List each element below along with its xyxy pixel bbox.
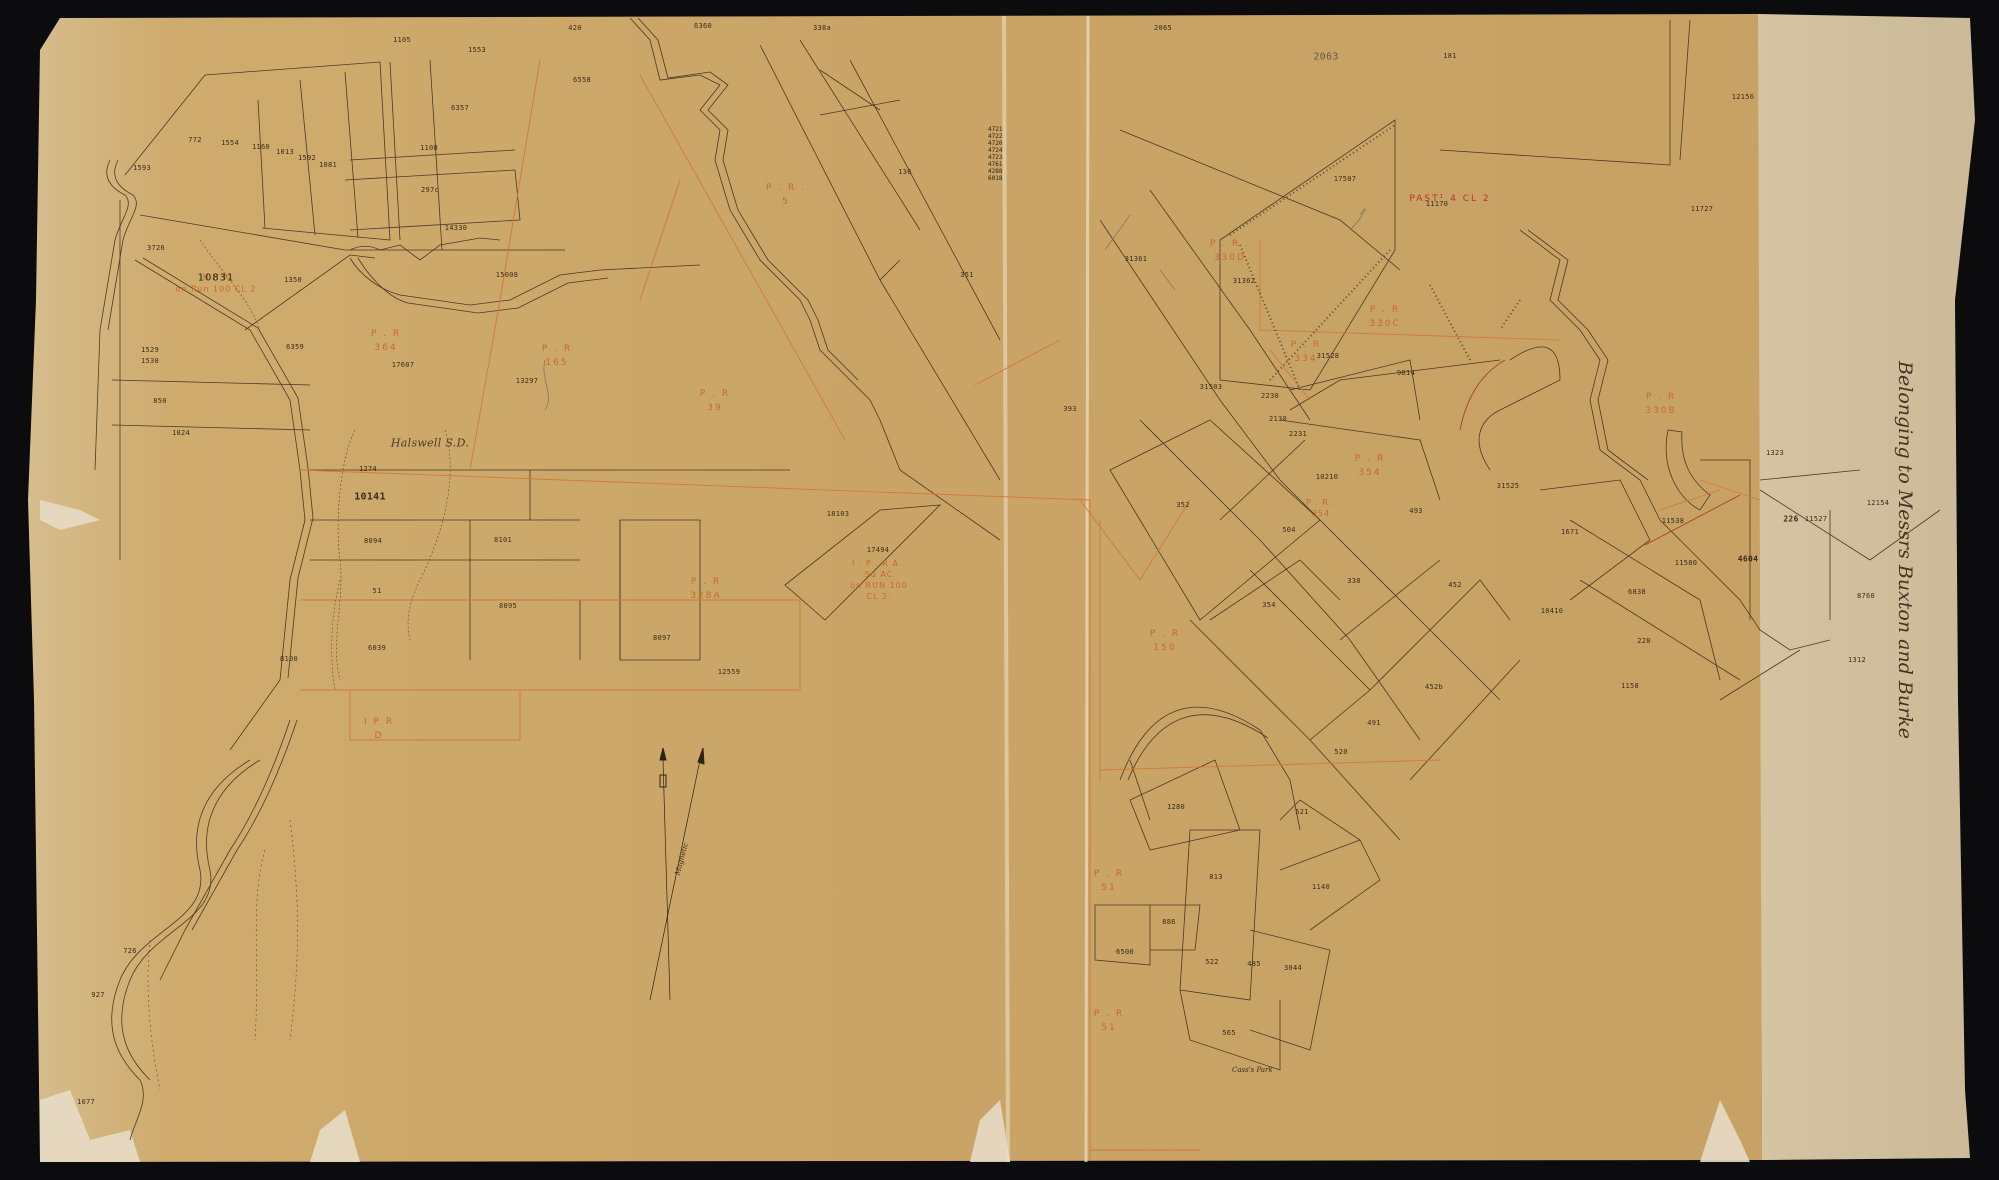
paper-strip bbox=[1758, 14, 1975, 1160]
lot-label: 17494 bbox=[867, 546, 890, 554]
lot-label: 338a bbox=[813, 24, 831, 32]
lot-label: 11527 bbox=[1805, 515, 1828, 523]
lot-label: 6838 bbox=[1628, 588, 1646, 596]
reserve-label: P . R328A bbox=[690, 575, 721, 603]
lot-label: 13297 bbox=[516, 377, 539, 385]
lot-label: 18103 bbox=[827, 510, 850, 518]
lot-label: 1013 bbox=[276, 148, 294, 156]
lot-label: 927 bbox=[91, 991, 105, 999]
lot-label: 1593 bbox=[133, 164, 151, 172]
lot-label: 1108 bbox=[420, 144, 438, 152]
lot-label: 2130 bbox=[1269, 415, 1287, 423]
lot-label: 1024 bbox=[172, 429, 190, 437]
lot-label: 8095 bbox=[499, 602, 517, 610]
lot-label: 352 bbox=[1176, 501, 1190, 509]
lot-label: 6360 bbox=[694, 22, 712, 30]
lot-label: 9814 bbox=[1397, 369, 1415, 377]
lot-label: 1081 bbox=[319, 161, 337, 169]
lot-label: 1160 bbox=[252, 143, 270, 151]
lot-label: 485 bbox=[1247, 960, 1261, 968]
lot-label: 491 bbox=[1367, 719, 1381, 727]
lot-label: 1323 bbox=[1766, 449, 1784, 457]
lot-label: 17507 bbox=[1334, 175, 1357, 183]
lot-label: 2065 bbox=[1154, 24, 1172, 32]
lot-label: 886 bbox=[1162, 918, 1176, 926]
lot-label: 8100 bbox=[280, 655, 298, 663]
place-label-halswell: Halswell S.D. bbox=[391, 437, 469, 450]
lot-label: 6039 bbox=[368, 644, 386, 652]
lot-label: 1554 bbox=[221, 139, 239, 147]
lot-label: 850 bbox=[153, 397, 167, 405]
lot-label: 1158 bbox=[1621, 682, 1639, 690]
lot-label: 2230 bbox=[1261, 392, 1279, 400]
lot-label: 1671 bbox=[1561, 528, 1579, 536]
lot-label: 11538 bbox=[1662, 517, 1685, 525]
lot-label: 772 bbox=[188, 136, 202, 144]
reserve-label: P . R51 bbox=[1094, 1007, 1124, 1035]
lot-label: 228 bbox=[1637, 637, 1651, 645]
lot-label: 351 bbox=[960, 271, 974, 279]
reserve-label: P . R165 bbox=[542, 342, 572, 370]
lot-label: 420 bbox=[568, 24, 582, 32]
reserve-label: P . R330C bbox=[1369, 303, 1400, 331]
lot-label: 354 bbox=[1262, 601, 1276, 609]
lot-label: 1105 bbox=[393, 36, 411, 44]
lot-label: 297c bbox=[421, 186, 439, 194]
lot-label: 1077 bbox=[77, 1098, 95, 1106]
reserve-label: P . R354 bbox=[1355, 452, 1385, 480]
lot-label: 226 bbox=[1783, 515, 1798, 524]
lot-label: 12156 bbox=[1732, 93, 1755, 101]
lot-label: 6357 bbox=[451, 104, 469, 112]
reserve-label: P . R150 bbox=[1150, 627, 1180, 655]
lot-label: 6500 bbox=[1116, 948, 1134, 956]
lot-label: 6359 bbox=[286, 343, 304, 351]
lot-label: 136 bbox=[898, 168, 912, 176]
lot-label: 452 bbox=[1448, 581, 1462, 589]
lot-label: 504 bbox=[1282, 526, 1296, 534]
reserve-label: P . R39 bbox=[700, 387, 730, 415]
reserve-label: P . R51 bbox=[1094, 867, 1124, 895]
lot-label: 8097 bbox=[653, 634, 671, 642]
lot-label: 1530 bbox=[141, 357, 159, 365]
lot-label: 8094 bbox=[364, 537, 382, 545]
lot-label: 181 bbox=[1443, 52, 1457, 60]
lot-label: 493 bbox=[1409, 507, 1423, 515]
lot-label: 1529 bbox=[141, 346, 159, 354]
lot-label: 520 bbox=[1334, 748, 1348, 756]
lot-label: 31362 bbox=[1233, 277, 1256, 285]
lot-label: 1274 bbox=[359, 465, 377, 473]
lot-label: 2231 bbox=[1289, 430, 1307, 438]
lot-label: 11580 bbox=[1675, 559, 1698, 567]
reserve-label: P . R364 bbox=[371, 327, 401, 355]
reserve-label: I . P . R A .50 ACon RUN 100CL 2. bbox=[850, 558, 908, 602]
lot-label: 10210 bbox=[1316, 473, 1339, 481]
lot-label: 565 bbox=[1222, 1029, 1236, 1037]
lot-label: 31503 bbox=[1200, 383, 1223, 391]
lot-label: 522 bbox=[1205, 958, 1219, 966]
lot-label: 1140 bbox=[1312, 883, 1330, 891]
lot-label: 1312 bbox=[1848, 656, 1866, 664]
lot-label: 12559 bbox=[718, 668, 741, 676]
reserve-label: P . R334 bbox=[1291, 338, 1321, 366]
lot-label: 1592 bbox=[298, 154, 316, 162]
lot-label: 1553 bbox=[468, 46, 486, 54]
lot-label: 17607 bbox=[392, 361, 415, 369]
reserve-label: H P R10831on Run 100 CL 2 bbox=[176, 272, 257, 295]
lot-label: 726 bbox=[123, 947, 137, 955]
lot-label: 3726 bbox=[147, 244, 165, 252]
lot-label: 4604 bbox=[1738, 555, 1758, 564]
lot-label: 10410 bbox=[1541, 607, 1564, 615]
lot-label: 1280 bbox=[1167, 803, 1185, 811]
lot-label: 3044 bbox=[1284, 964, 1302, 972]
reserve-label: P . R .354 bbox=[1306, 497, 1336, 519]
lot-label: 10141 bbox=[354, 492, 386, 503]
lot-label: 452b bbox=[1425, 683, 1443, 691]
place-label-cass-park: Cass's Park bbox=[1232, 1066, 1273, 1074]
lot-label: 15008 bbox=[496, 271, 519, 279]
reserve-label: I P RD bbox=[364, 715, 394, 743]
stacked-lot-list: 4721 4722 4720 4724 4723 4761 4288 6018 bbox=[988, 126, 1002, 182]
reserve-label: PAST¹ 4 CL 2 bbox=[1409, 192, 1490, 206]
lot-label: 51 bbox=[372, 587, 381, 595]
lot-label: 2063 bbox=[1313, 52, 1338, 63]
reserve-label: P . R330B bbox=[1645, 390, 1676, 418]
lot-label: 813 bbox=[1209, 873, 1223, 881]
survey-map: 772 1554 1160 1013 1592 1081 1593 3726 1… bbox=[0, 0, 1999, 1180]
lot-label: 12154 bbox=[1867, 499, 1890, 507]
lot-label: 521 bbox=[1295, 808, 1309, 816]
ownership-note: Belonging to Messrs Buxton and Burke bbox=[1894, 361, 1916, 739]
reserve-label: P . R .330D bbox=[1210, 237, 1250, 265]
lot-label: 31361 bbox=[1125, 255, 1148, 263]
lot-label: 8101 bbox=[494, 536, 512, 544]
lot-label: 1350 bbox=[284, 276, 302, 284]
lot-label: 8760 bbox=[1857, 592, 1875, 600]
reserve-label: P . R .5 bbox=[766, 181, 806, 209]
lot-label: 14330 bbox=[445, 224, 468, 232]
lot-label: 393 bbox=[1063, 405, 1077, 413]
lot-label: 338 bbox=[1347, 577, 1361, 585]
lot-label: 11727 bbox=[1691, 205, 1714, 213]
lot-label: 6558 bbox=[573, 76, 591, 84]
lot-label: 31525 bbox=[1497, 482, 1520, 490]
